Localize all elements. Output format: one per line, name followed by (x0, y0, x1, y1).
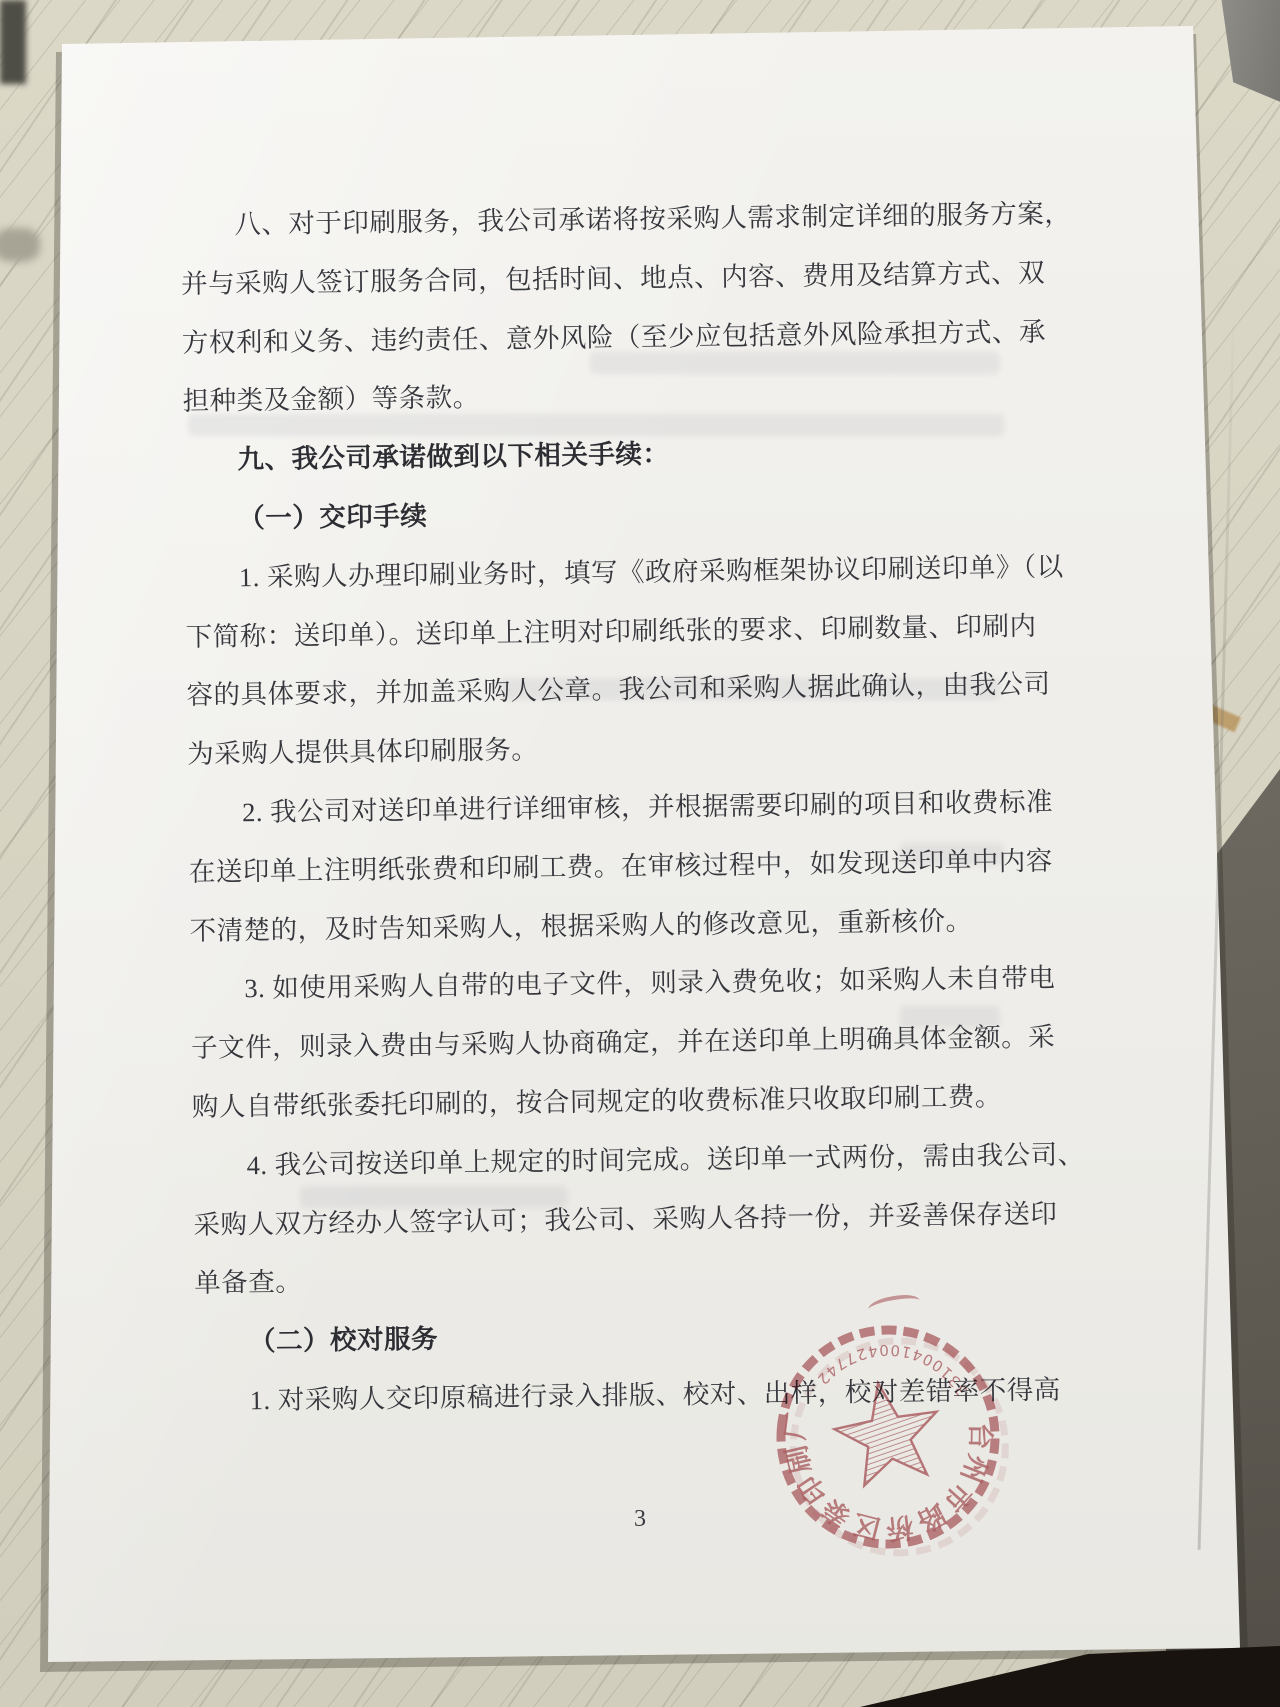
text-line: 2. 我公司对送印单进行详细审核，并根据需要印刷的项目和收费标准 (188, 773, 1017, 843)
page-number: 3 (634, 1506, 646, 1533)
text-line: 八、对于印刷服务，我公司承诺将按采购人需求制定详细的服务方案， (180, 185, 1009, 255)
text-line: 为采购人提供具体印刷服务。 (187, 714, 1016, 784)
text-line: 担种类及金额）等条款。 (182, 362, 1011, 432)
dark-smudge-top-left (0, 0, 26, 84)
text-line: 九、我公司承诺做到以下相关手续： (183, 420, 1012, 490)
text-line: 1. 采购人办理印刷业务时，填写《政府采购框架协议印刷送印单》（以 (185, 538, 1014, 608)
company-seal-stamp: 台州市路桥区泰印刷厂 331004100427742 (756, 1305, 1021, 1570)
text-line: 4. 我公司按送印单上规定的时间完成。送印单一式两份，需由我公司、 (192, 1126, 1021, 1196)
document-body: 八、对于印刷服务，我公司承诺将按采购人需求制定详细的服务方案，并与采购人签订服务… (180, 185, 1024, 1430)
seal-star (818, 1375, 954, 1508)
document-lines: 八、对于印刷服务，我公司承诺将按采购人需求制定详细的服务方案，并与采购人签订服务… (180, 185, 1024, 1430)
photo-of-document: 八、对于印刷服务，我公司承诺将按采购人需求制定详细的服务方案，并与采购人签订服务… (0, 0, 1280, 1707)
text-line: 不清楚的，及时告知采购人，根据采购人的修改意见，重新核价。 (189, 891, 1018, 961)
text-line: 下简称：送印单）。送印单上注明对印刷纸张的要求、印刷数量、印刷内 (185, 597, 1014, 667)
text-line: （一）交印手续 (184, 479, 1013, 549)
grey-patch-left (0, 228, 40, 262)
text-line: 并与采购人签订服务合同，包括时间、地点、内容、费用及结算方式、双 (181, 244, 1010, 314)
text-line: 3. 如使用采购人自带的电子文件，则录入费免收；如采购人未自带电 (190, 949, 1019, 1019)
text-line: 容的具体要求，并加盖采购人公章。我公司和采购人据此确认，由我公司 (186, 655, 1015, 725)
text-line: 方权利和义务、违约责任、意外风险（至少应包括意外风险承担方式、承 (182, 303, 1011, 373)
text-line: 在送印单上注明纸张费和印刷工费。在审核过程中，如发现送印单中内容 (188, 832, 1017, 902)
text-line: 采购人双方经办人签字认可；我公司、采购人各持一份，并妥善保存送印 (193, 1185, 1022, 1255)
text-line: 子文件，则录入费由与采购人协商确定，并在送印单上明确具体金额。采 (191, 1008, 1020, 1078)
text-line: 购人自带纸张委托印刷的，按合同规定的收费标准只收取印刷工费。 (192, 1067, 1021, 1137)
